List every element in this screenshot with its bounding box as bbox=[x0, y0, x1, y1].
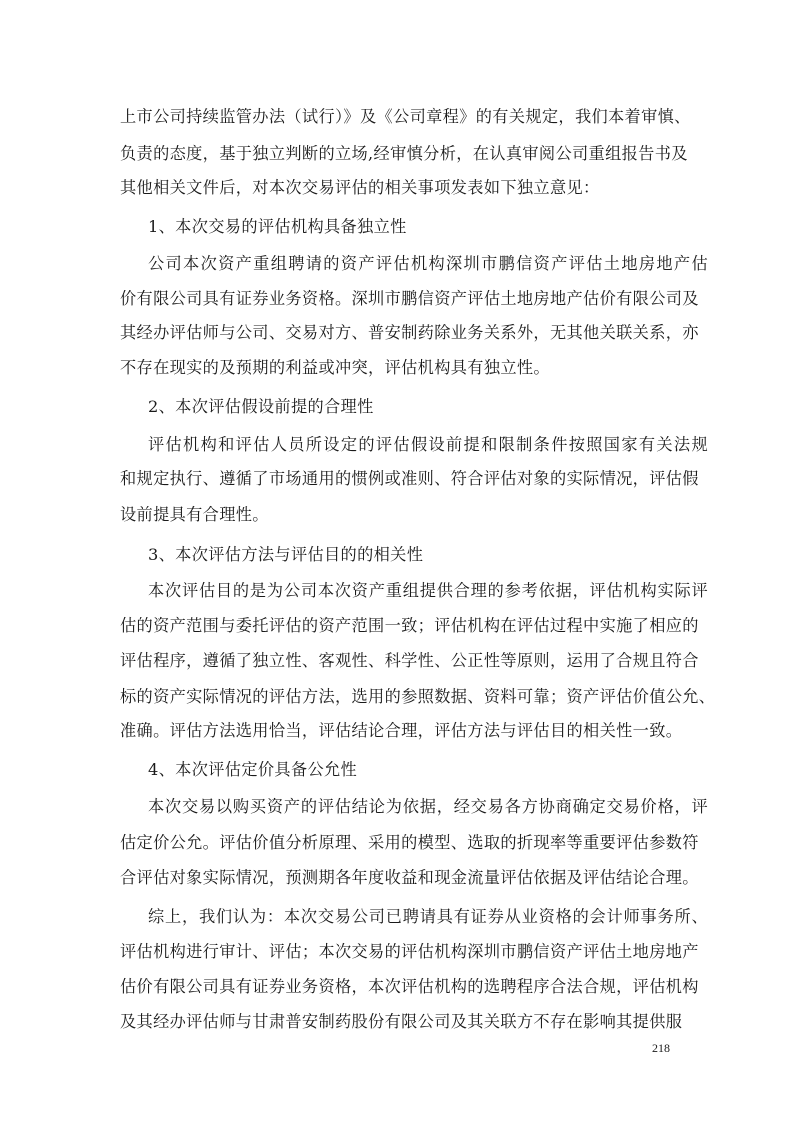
paragraph-line: 本次交易以购买资产的评估结论为依据，经交易各方协商确定交易价格，评 bbox=[148, 797, 708, 817]
paragraph-line: 评估机构和评估人员所设定的评估假设前提和限制条件按照国家有关法规 bbox=[148, 435, 708, 455]
paragraph-line: 公司本次资产重组聘请的资产评估机构深圳市鹏信资产评估土地房地产估 bbox=[148, 254, 708, 274]
paragraph-line: 上市公司持续监管办法（试行）》及《公司章程》的有关规定，我们本着审慎、 bbox=[120, 107, 680, 127]
paragraph-line: 评估程序，遵循了独立性、客观性、科学性、公正性等原则，运用了合规且符合 bbox=[120, 651, 680, 671]
paragraph-line: 估价有限公司具有证券业务资格，本次评估机构的选聘程序合法合规，评估机构 bbox=[120, 977, 680, 997]
section-heading: 1、本次交易的评估机构具备独立性 bbox=[148, 217, 708, 237]
document-page: 上市公司持续监管办法（试行）》及《公司章程》的有关规定，我们本着审慎、负责的态度… bbox=[0, 0, 793, 1122]
paragraph-line: 准确。评估方法选用恰当，评估结论合理，评估方法与评估目的相关性一致。 bbox=[120, 721, 680, 741]
page-number: 218 bbox=[652, 1041, 670, 1056]
paragraph-line: 综上，我们认为：本次交易公司已聘请具有证券从业资格的会计师事务所、 bbox=[148, 907, 708, 927]
paragraph-line: 估的资产范围与委托评估的资产范围一致；评估机构在评估过程中实施了相应的 bbox=[120, 616, 680, 636]
paragraph-line: 其他相关文件后，对本次交易评估的相关事项发表如下独立意见： bbox=[120, 178, 680, 198]
paragraph-line: 及其经办评估师与甘肃普安制药股份有限公司及其关联方不存在影响其提供服 bbox=[120, 1012, 680, 1032]
paragraph-line: 设前提具有合理性。 bbox=[120, 505, 680, 525]
paragraph-line: 评估机构进行审计、评估；本次交易的评估机构深圳市鹏信资产评估土地房地产 bbox=[120, 942, 680, 962]
paragraph-line: 标的资产实际情况的评估方法，选用的参照数据、资料可靠；资产评估价值公允、 bbox=[120, 687, 680, 707]
section-heading: 2、本次评估假设前提的合理性 bbox=[148, 397, 708, 417]
paragraph-line: 其经办评估师与公司、交易对方、普安制药除业务关系外，无其他关联关系，亦 bbox=[120, 323, 680, 343]
paragraph-line: 本次评估目的是为公司本次资产重组提供合理的参考依据，评估机构实际评 bbox=[148, 581, 708, 601]
paragraph-line: 不存在现实的及预期的利益或冲突，评估机构具有独立性。 bbox=[120, 358, 680, 378]
section-heading: 4、本次评估定价具备公允性 bbox=[148, 760, 708, 780]
paragraph-line: 和规定执行、遵循了市场通用的惯例或准则、符合评估对象的实际情况，评估假 bbox=[120, 469, 680, 489]
section-heading: 3、本次评估方法与评估目的的相关性 bbox=[148, 545, 708, 565]
paragraph-line: 负责的态度，基于独立判断的立场,经审慎分析，在认真审阅公司重组报告书及 bbox=[120, 144, 680, 164]
paragraph-line: 价有限公司具有证券业务资格。深圳市鹏信资产评估土地房地产估价有限公司及 bbox=[120, 289, 680, 309]
paragraph-line: 估定价公允。评估价值分析原理、采用的模型、选取的折现率等重要评估参数符 bbox=[120, 833, 680, 853]
paragraph-line: 合评估对象实际情况，预测期各年度收益和现金流量评估依据及评估结论合理。 bbox=[120, 868, 680, 888]
